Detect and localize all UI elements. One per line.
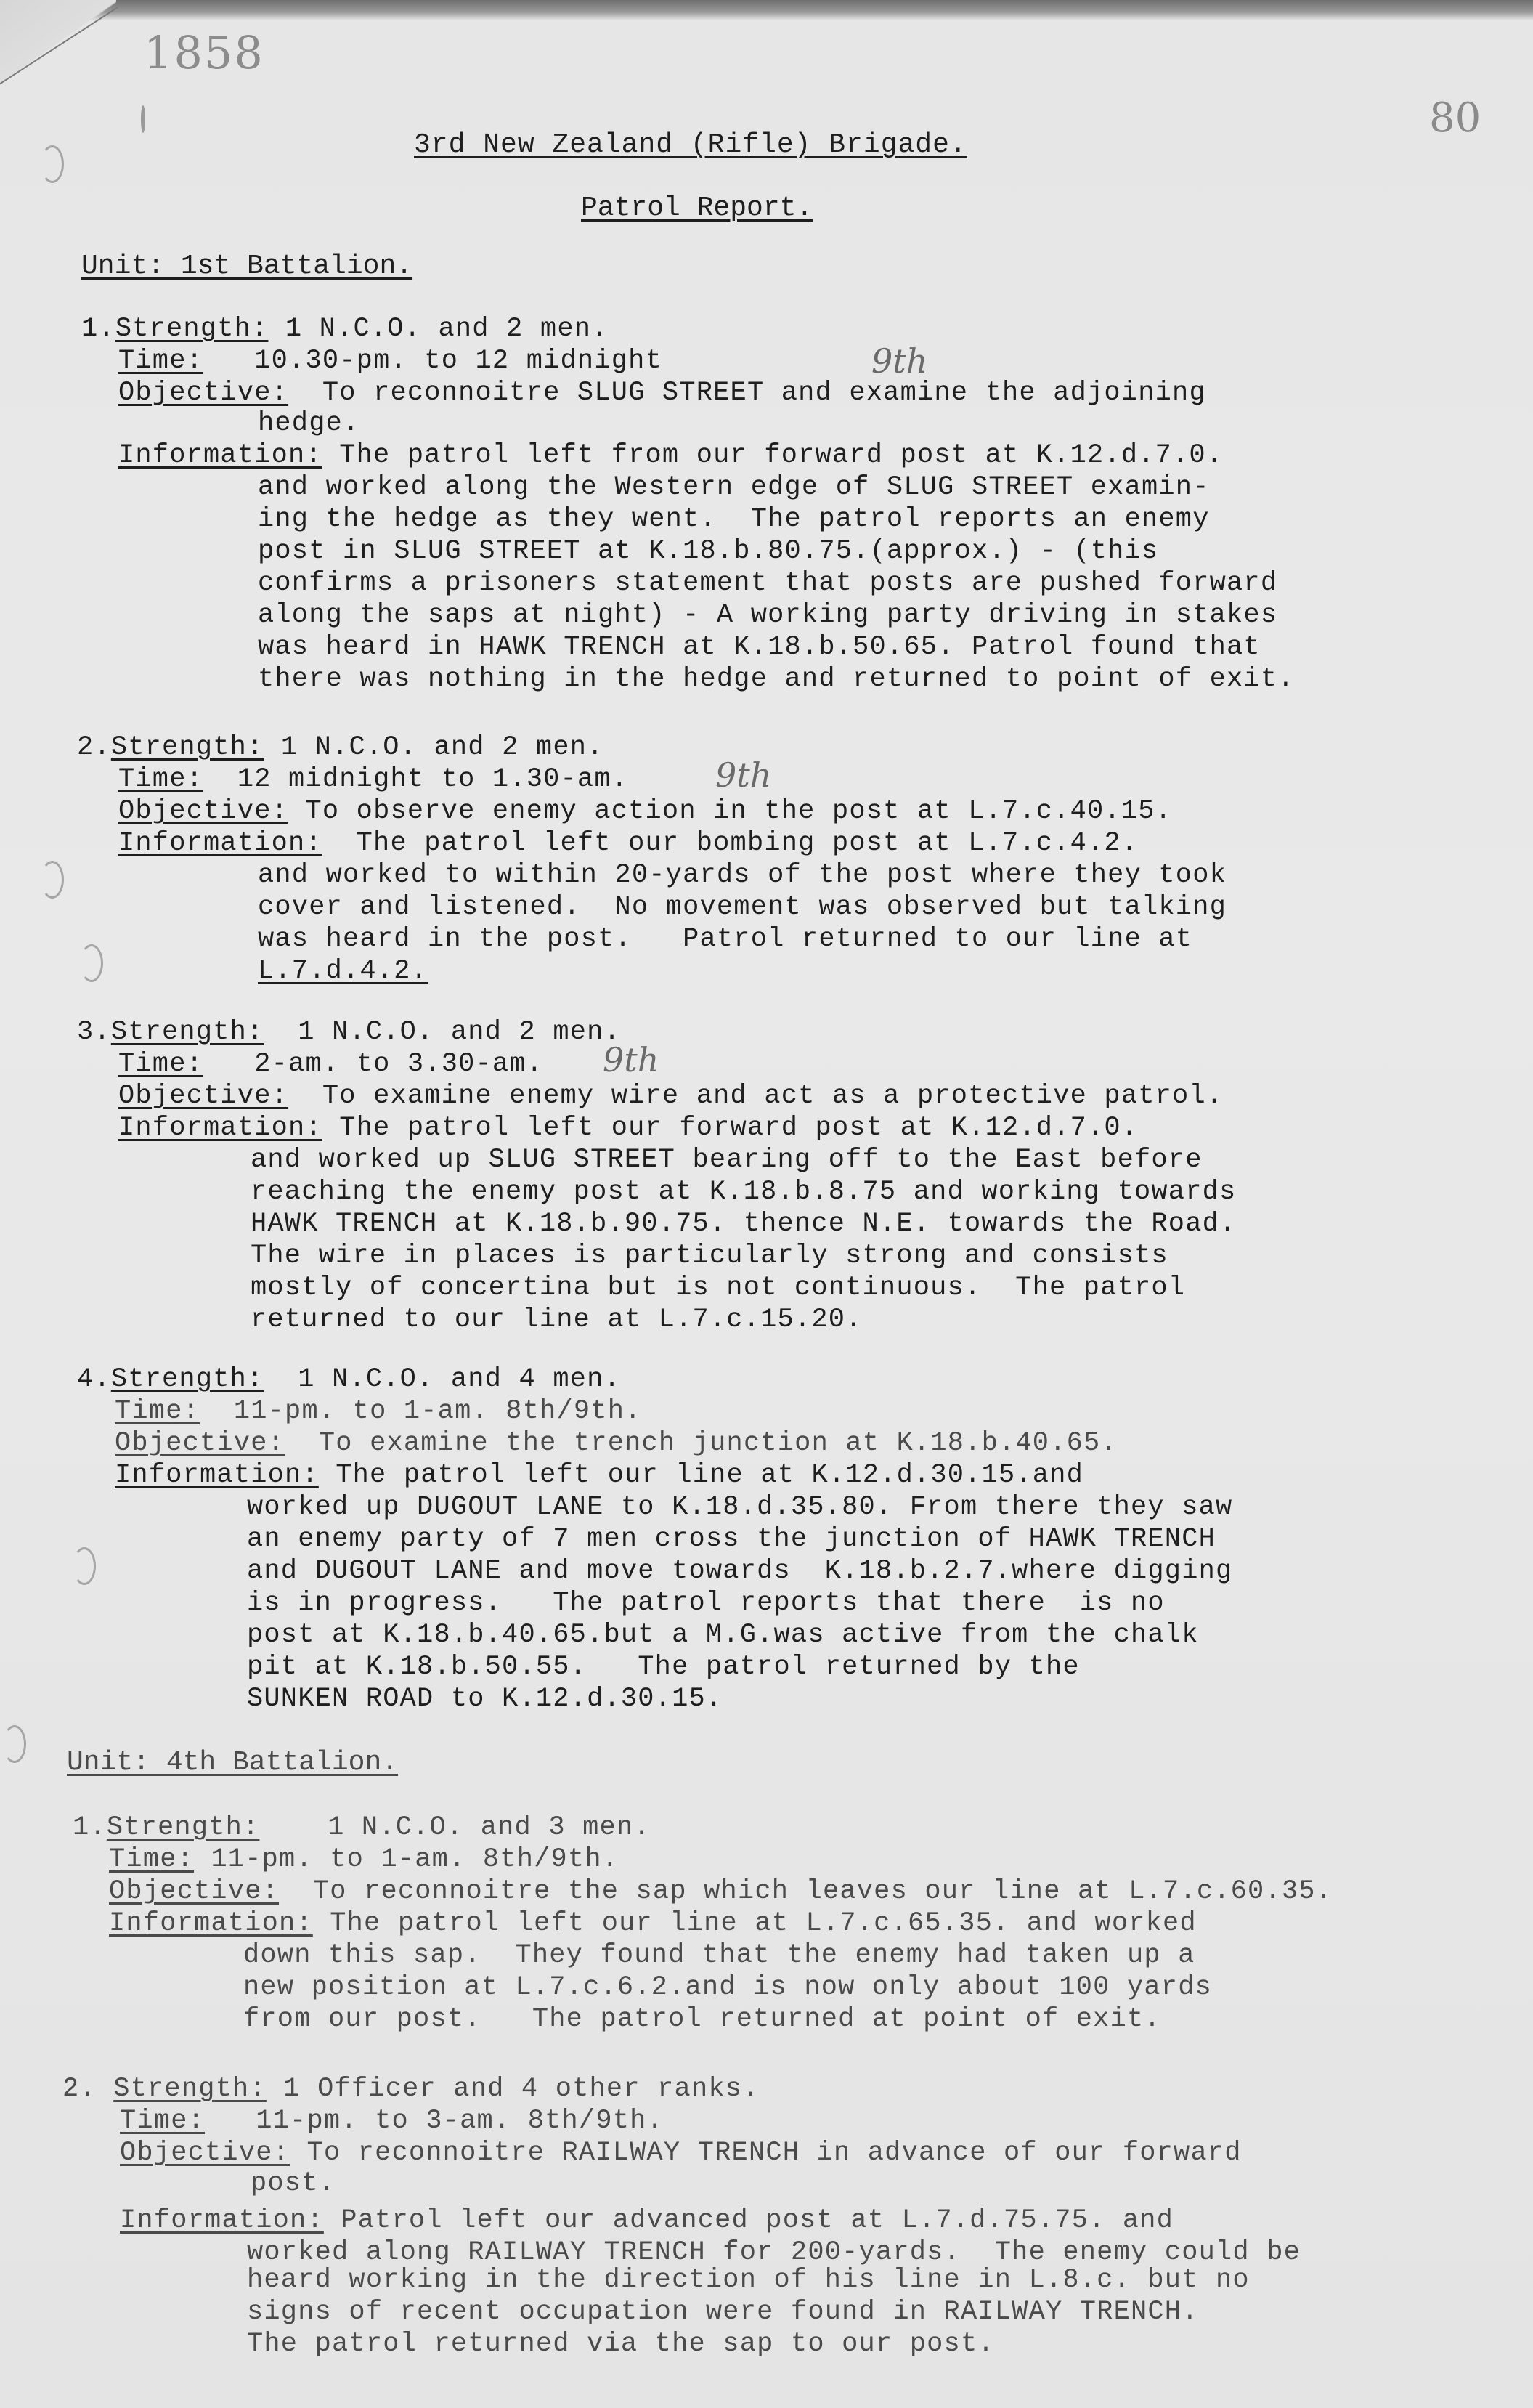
information-text: The patrol left our line at L.7.c.65.35.…: [330, 1908, 1197, 1939]
information-label: Information:: [115, 1460, 319, 1491]
strength-label: Strength:: [111, 1364, 264, 1395]
page-top-edge-shadow: [0, 0, 1533, 20]
patrol-time-row: Time: 11-pm. to 3-am. 8th/9th.: [120, 2106, 664, 2136]
patrol-information-row: Information: The patrol left our forward…: [118, 1113, 1138, 1143]
punch-hole-icon: [41, 861, 64, 899]
patrol-number: 2.: [62, 2074, 97, 2104]
information-text: confirms a prisoners statement that post…: [258, 568, 1277, 599]
information-text: and worked up SLUG STREET bearing off to…: [251, 1145, 1203, 1175]
patrol-strength-row: 3.Strength: 1 N.C.O. and 2 men.: [77, 1017, 621, 1047]
time-value: 10.30-pm. to 12 midnight: [254, 346, 662, 376]
objective-label: Objective:: [118, 1081, 288, 1111]
patrol-number: 1.: [73, 1812, 107, 1843]
patrol-information-row: Information: The patrol left our bombing…: [118, 828, 1138, 859]
time-label: Time:: [120, 2106, 205, 2136]
patrol-objective-row: Objective: To examine enemy wire and act…: [118, 1081, 1223, 1111]
time-value: 2-am. to 3.30-am.: [254, 1049, 543, 1079]
objective-label: Objective:: [118, 378, 288, 408]
unit-heading: Unit: 4th Battalion.: [67, 1747, 398, 1778]
strength-value: 1 N.C.O. and 3 men.: [328, 1812, 651, 1843]
objective-text: To observe enemy action in the post at L…: [305, 796, 1172, 827]
strength-label: Strength:: [113, 2074, 267, 2104]
objective-text: hedge.: [258, 408, 359, 439]
strength-label: Strength:: [111, 732, 264, 763]
objective-text: To reconnoitre SLUG STREET and examine t…: [322, 378, 1206, 408]
patrol-time-row: Time: 12 midnight to 1.30-am.: [118, 764, 628, 795]
information-text: down this sap. They found that the enemy…: [243, 1940, 1195, 1971]
time-label: Time:: [109, 1844, 194, 1875]
objective-text: To reconnoitre the sap which leaves our …: [313, 1876, 1333, 1907]
document-title: 3rd New Zealand (Rifle) Brigade.: [414, 129, 967, 161]
information-text: The patrol returned via the sap to our p…: [247, 2329, 995, 2359]
patrol-strength-row: 2.Strength: 1 N.C.O. and 2 men.: [77, 732, 604, 763]
patrol-strength-row: 1.Strength: 1 N.C.O. and 3 men.: [73, 1812, 651, 1843]
information-label: Information:: [109, 1908, 313, 1939]
patrol-information-row: Information: The patrol left our line at…: [109, 1908, 1197, 1939]
information-text: worked up DUGOUT LANE to K.18.d.35.80. F…: [247, 1492, 1232, 1523]
patrol-objective-row: Objective: To reconnoitre the sap which …: [109, 1876, 1333, 1907]
information-text: from our post. The patrol returned at po…: [243, 2004, 1161, 2035]
information-text: and worked to within 20-yards of the pos…: [258, 860, 1227, 891]
patrol-objective-row: Objective: To reconnoitre SLUG STREET an…: [118, 378, 1206, 408]
information-text: signs of recent occupation were found in…: [247, 2297, 1199, 2327]
folded-corner: [0, 0, 116, 87]
objective-text: To examine the trench junction at K.18.b…: [319, 1428, 1118, 1459]
information-label: Information:: [120, 2205, 324, 2236]
information-text: post in SLUG STREET at K.18.b.80.75.(app…: [258, 536, 1158, 567]
punch-hole-icon: [41, 145, 64, 183]
information-label: Information:: [118, 828, 322, 859]
time-label: Time:: [118, 1049, 203, 1079]
information-text: pit at K.18.b.50.55. The patrol returned…: [247, 1652, 1080, 1682]
strength-value: 1 N.C.O. and 2 men.: [298, 1017, 621, 1047]
patrol-objective-row: Objective: To examine the trench junctio…: [115, 1428, 1118, 1459]
patrol-information-row: Information: The patrol left from our fo…: [118, 440, 1223, 471]
objective-label: Objective:: [109, 1876, 279, 1907]
information-text: cover and listened. No movement was obse…: [258, 892, 1227, 923]
information-text: The patrol left our bombing post at L.7.…: [357, 828, 1139, 859]
information-text: HAWK TRENCH at K.18.b.90.75. thence N.E.…: [251, 1209, 1236, 1239]
information-text: there was nothing in the hedge and retur…: [258, 664, 1295, 694]
information-text: worked along RAILWAY TRENCH for 200-yard…: [247, 2237, 1301, 2268]
information-text: an enemy party of 7 men cross the juncti…: [247, 1524, 1216, 1554]
information-text: Patrol left our advanced post at L.7.d.7…: [341, 2205, 1174, 2236]
information-text: returned to our line at L.7.c.15.20.: [251, 1305, 863, 1335]
handwritten-annotation: 9th: [603, 1040, 659, 1079]
document-page: 1858 80 3rd New Zealand (Rifle) Brigade.…: [0, 0, 1533, 2408]
patrol-strength-row: 1.Strength: 1 N.C.O. and 2 men.: [81, 314, 609, 344]
objective-text: To examine enemy wire and act as a prote…: [322, 1081, 1223, 1111]
handwritten-annotation: 9th: [715, 755, 771, 795]
ink-mark: [141, 105, 145, 133]
archive-number-stamp: 1858: [144, 26, 264, 79]
information-text: along the saps at night) - A working par…: [258, 600, 1277, 631]
information-text: and worked along the Western edge of SLU…: [258, 472, 1210, 503]
patrol-objective-row: Objective: To reconnoitre RAILWAY TRENCH…: [120, 2138, 1242, 2168]
time-label: Time:: [118, 764, 203, 795]
time-value: 11-pm. to 3-am. 8th/9th.: [256, 2106, 664, 2136]
patrol-strength-row: 2. Strength: 1 Officer and 4 other ranks…: [62, 2074, 760, 2104]
patrol-time-row: Time: 10.30-pm. to 12 midnight: [118, 346, 662, 376]
strength-value: 1 N.C.O. and 4 men.: [298, 1364, 621, 1395]
information-text: The patrol left our forward post at K.12…: [339, 1113, 1138, 1143]
information-text: The patrol left from our forward post at…: [339, 440, 1223, 471]
information-text: is in progress. The patrol reports that …: [247, 1588, 1165, 1618]
time-label: Time:: [115, 1396, 200, 1427]
information-text: was heard in the post. Patrol returned t…: [258, 924, 1192, 954]
punch-hole-icon: [73, 1547, 96, 1585]
patrol-strength-row: 4.Strength: 1 N.C.O. and 4 men.: [77, 1364, 621, 1395]
information-label: Information:: [118, 440, 322, 471]
patrol-time-row: Time: 2-am. to 3.30-am.: [118, 1049, 543, 1079]
objective-text: post.: [251, 2168, 336, 2199]
strength-label: Strength:: [107, 1812, 260, 1843]
patrol-time-row: Time: 11-pm. to 1-am. 8th/9th.: [109, 1844, 619, 1875]
strength-label: Strength:: [115, 314, 269, 344]
information-text: was heard in HAWK TRENCH at K.18.b.50.65…: [258, 632, 1261, 662]
time-value: 12 midnight to 1.30-am.: [237, 764, 628, 795]
strength-value: 1 Officer and 4 other ranks.: [283, 2074, 759, 2104]
handwritten-annotation: 9th: [871, 341, 927, 381]
patrol-objective-row: Objective: To observe enemy action in th…: [118, 796, 1172, 827]
objective-text: To reconnoitre RAILWAY TRENCH in advance…: [306, 2138, 1241, 2168]
time-label: Time:: [118, 346, 203, 376]
strength-value: 1 N.C.O. and 2 men.: [285, 314, 609, 344]
patrol-time-row: Time: 11-pm. to 1-am. 8th/9th.: [115, 1396, 642, 1427]
patrol-number: 1.: [81, 314, 115, 344]
information-text: heard working in the direction of his li…: [247, 2265, 1250, 2295]
information-text: The patrol left our line at K.12.d.30.15…: [336, 1460, 1083, 1491]
information-text: new position at L.7.c.6.2.and is now onl…: [243, 1972, 1212, 2003]
patrol-information-row: Information: The patrol left our line at…: [115, 1460, 1083, 1491]
document-subtitle: Patrol Report.: [581, 192, 813, 224]
objective-label: Objective:: [118, 796, 288, 827]
time-value: 11-pm. to 1-am. 8th/9th.: [211, 1844, 619, 1875]
patrol-number: 4.: [77, 1364, 111, 1395]
information-text: reaching the enemy post at K.18.b.8.75 a…: [251, 1177, 1236, 1207]
information-text: SUNKEN ROAD to K.12.d.30.15.: [247, 1684, 723, 1714]
information-text: post at K.18.b.40.65.but a M.G.was activ…: [247, 1620, 1199, 1650]
patrol-number: 2.: [77, 732, 111, 763]
patrol-information-row: Information: Patrol left our advanced po…: [120, 2205, 1174, 2236]
information-text: and DUGOUT LANE and move towards K.18.b.…: [247, 1556, 1232, 1586]
patrol-number: 3.: [77, 1017, 111, 1047]
information-text: The wire in places is particularly stron…: [251, 1241, 1168, 1271]
strength-label: Strength:: [111, 1017, 264, 1047]
folio-number: 80: [1429, 94, 1481, 142]
unit-heading: Unit: 1st Battalion.: [81, 251, 412, 282]
information-text: mostly of concertina but is not continuo…: [251, 1273, 1185, 1303]
strength-value: 1 N.C.O. and 2 men.: [281, 732, 604, 763]
information-text: L.7.d.4.2.: [258, 956, 428, 986]
punch-hole-icon: [80, 944, 103, 982]
information-text: ing the hedge as they went. The patrol r…: [258, 504, 1210, 535]
objective-label: Objective:: [115, 1428, 285, 1459]
information-label: Information:: [118, 1113, 322, 1143]
objective-label: Objective:: [120, 2138, 290, 2168]
time-value: 11-pm. to 1-am. 8th/9th.: [234, 1396, 642, 1427]
punch-hole-icon: [3, 1725, 26, 1763]
